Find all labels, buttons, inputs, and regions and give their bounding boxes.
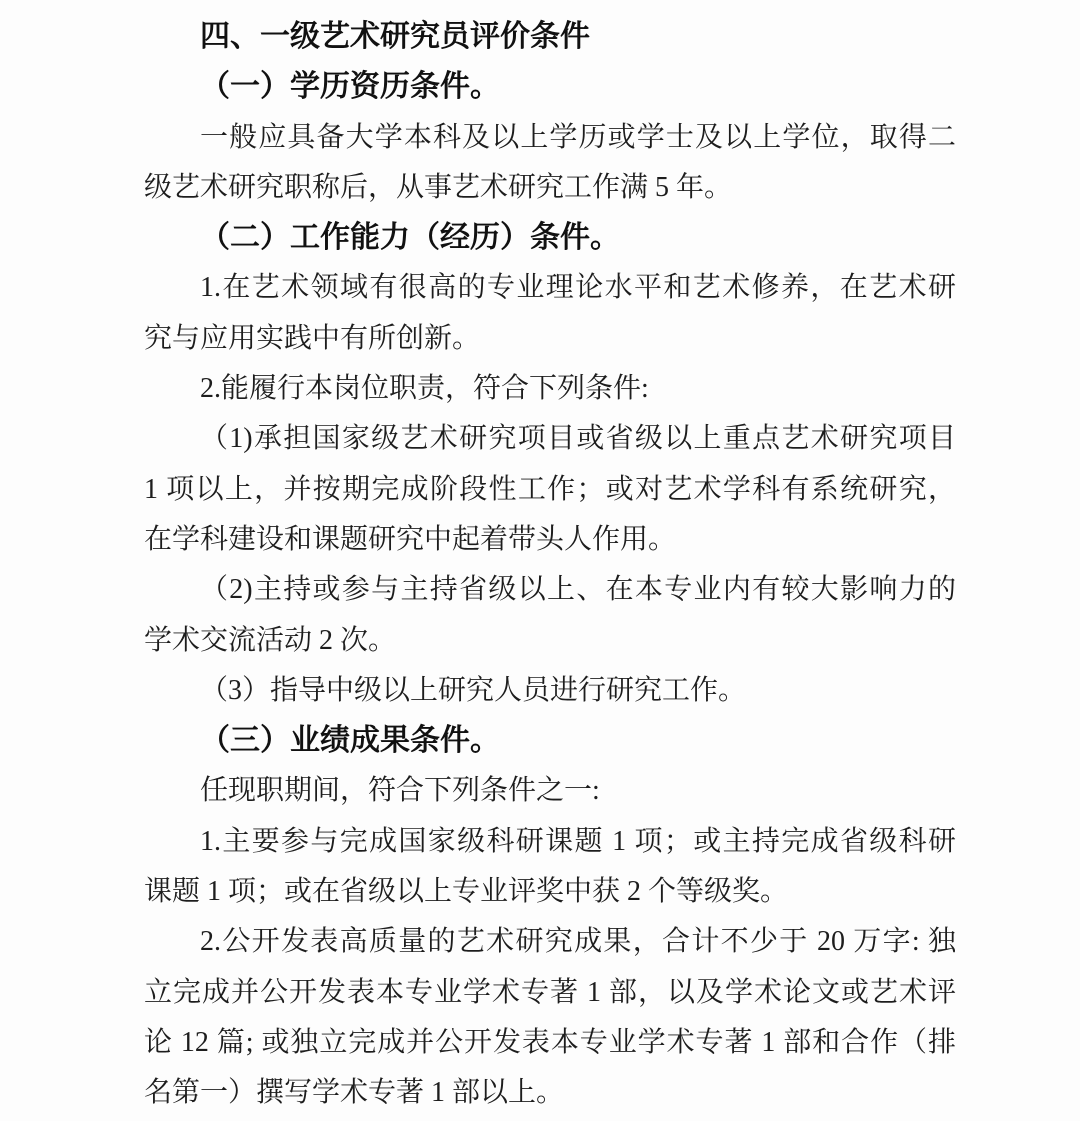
document-body-line: （3）指导中级以上研究人员进行研究工作。 [144,666,956,716]
document-body-line: 学术交流活动 2 次。 [144,616,956,666]
document-body-line: （2)主持或参与主持省级以上、在本专业内有较大影响力的 [144,565,956,615]
document-heading-line: （一）学历资历条件。 [144,62,956,112]
document-body-line: 任现职期间，符合下列条件之一: [144,766,956,816]
document-body-line: （1)承担国家级艺术研究项目或省级以上重点艺术研究项目 [144,414,956,464]
document-page: 四、一级艺术研究员评价条件（一）学历资历条件。一般应具备大学本科及以上学历或学士… [0,0,1080,1121]
document-body-line: 课题 1 项；或在省级以上专业评奖中获 2 个等级奖。 [144,867,956,917]
document-body-line: 1 项以上，并按期完成阶段性工作；或对艺术学科有系统研究， [144,465,956,515]
document-body-line: 论 12 篇; 或独立完成并公开发表本专业学术专著 1 部和合作（排 [144,1018,956,1068]
document-heading-line: （二）工作能力（经历）条件。 [144,213,956,263]
document-body-line: 立完成并公开发表本专业学术专著 1 部，以及学术论文或艺术评 [144,968,956,1018]
document-body-line: 2.能履行本岗位职责，符合下列条件: [144,364,956,414]
document-body-line: 2.公开发表高质量的艺术研究成果，合计不少于 20 万字: 独 [144,917,956,967]
document-body-line: 1.在艺术领域有很高的专业理论水平和艺术修养，在艺术研 [144,263,956,313]
document-text-block: 四、一级艺术研究员评价条件（一）学历资历条件。一般应具备大学本科及以上学历或学士… [144,12,956,1119]
document-heading-line: 四、一级艺术研究员评价条件 [144,12,956,62]
document-body-line: 在学科建设和课题研究中起着带头人作用。 [144,515,956,565]
document-body-line: 1.主要参与完成国家级科研课题 1 项；或主持完成省级科研 [144,817,956,867]
document-body-line: 究与应用实践中有所创新。 [144,314,956,364]
document-body-line: 名第一）撰写学术专著 1 部以上。 [144,1068,956,1118]
document-heading-line: （三）业绩成果条件。 [144,716,956,766]
document-body-line: 一般应具备大学本科及以上学历或学士及以上学位，取得二 [144,113,956,163]
document-body-line: 级艺术研究职称后，从事艺术研究工作满 5 年。 [144,163,956,213]
